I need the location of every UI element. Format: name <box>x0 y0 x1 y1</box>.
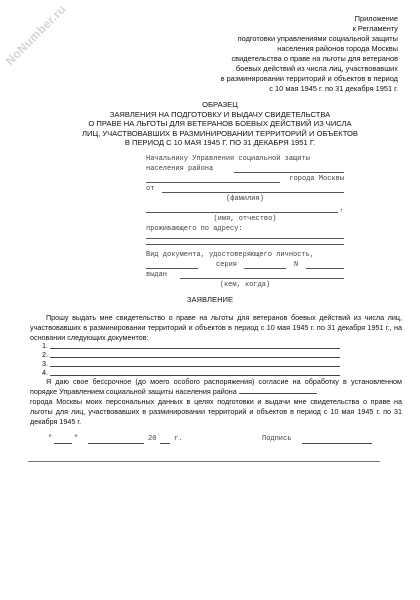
id-document-label: Вид документа, удостоверяющего личность, <box>146 250 344 260</box>
document-item: 4. <box>42 368 342 377</box>
address-field-2[interactable] <box>146 244 344 245</box>
address-block: Начальнику Управления социальной защиты … <box>146 154 344 290</box>
surname-caption: (фамилия) <box>146 194 344 204</box>
address-field-1[interactable] <box>146 238 344 239</box>
addressee-line-2: населения района <box>146 164 344 174</box>
issued-caption: (кем, когда) <box>146 280 344 290</box>
signature-field[interactable] <box>302 443 372 444</box>
appendix-note: Приложение к Регламенту подготовки управ… <box>221 14 398 94</box>
title-line: В ПЕРИОД С 10 МАЯ 1945 Г. ПО 31 ДЕКАБРЯ … <box>40 138 400 148</box>
id-document-type-field[interactable] <box>146 268 198 269</box>
document-title: ОБРАЗЕЦ ЗАЯВЛЕНИЯ НА ПОДГОТОВКУ И ВЫДАЧУ… <box>40 100 400 148</box>
name-caption: (имя, отчество) <box>146 214 344 224</box>
from-label: от <box>146 185 154 193</box>
consent-district-field[interactable] <box>239 387 317 394</box>
issued-field[interactable] <box>180 278 344 279</box>
document-field-2[interactable] <box>50 357 340 358</box>
watermark: NoNumber.ru <box>3 2 69 68</box>
bottom-divider <box>28 461 380 462</box>
title-line: ЗАЯВЛЕНИЯ НА ПОДГОТОВКУ И ВЫДАЧУ СВИДЕТЕ… <box>40 110 400 120</box>
district-field[interactable] <box>234 172 344 173</box>
consent-paragraph: Я даю свое бессрочное (до моего особого … <box>30 377 402 427</box>
addressee-line-1: Начальнику Управления социальной защиты <box>146 154 344 164</box>
surname-field[interactable] <box>162 192 344 193</box>
signature-label: Подпись <box>262 435 291 443</box>
appendix-line: свидетельства о праве на льготы для вете… <box>221 54 398 64</box>
title-line: ОБРАЗЕЦ <box>40 100 400 110</box>
title-line: О ПРАВЕ НА ЛЬГОТЫ ДЛЯ ВЕТЕРАНОВ БОЕВЫХ Д… <box>40 119 400 129</box>
appendix-line: Приложение <box>221 14 398 24</box>
title-line: ЛИЦ, УЧАСТВОВАВШИХ В РАЗМИНИРОВАНИИ ТЕРР… <box>40 129 400 139</box>
year-field[interactable] <box>160 443 170 444</box>
request-paragraph: Прошу выдать мне свидетельство о праве н… <box>30 313 402 343</box>
series-label: серия <box>216 260 237 270</box>
appendix-line: населения районов города Москвы <box>221 44 398 54</box>
residing-label: проживающего по адресу: <box>146 224 344 234</box>
appendix-line: боевых действий из числа лиц, участвовав… <box>221 64 398 74</box>
document-item: 3. <box>42 359 342 368</box>
signature-row: " " 20 г. Подпись <box>48 435 368 445</box>
document-item: 1. <box>42 341 342 350</box>
documents-list: 1. 2. 3. 4. <box>42 341 342 377</box>
appendix-line: подготовки управлениями социальной защит… <box>221 34 398 44</box>
issued-label: выдан <box>146 271 167 279</box>
series-field[interactable] <box>244 268 286 269</box>
document-field-3[interactable] <box>50 366 340 367</box>
document-field-4[interactable] <box>50 375 340 376</box>
district-field-cont[interactable] <box>146 182 280 183</box>
city-label: города Москвы <box>289 174 344 184</box>
document-item: 2. <box>42 350 342 359</box>
name-field[interactable] <box>146 212 338 213</box>
statement-heading: ЗАЯВЛЕНИЕ <box>0 295 420 304</box>
number-field[interactable] <box>306 268 344 269</box>
day-field[interactable] <box>54 443 72 444</box>
document-field-1[interactable] <box>50 348 340 349</box>
appendix-line: в разминировании территорий и объектов в… <box>221 74 398 84</box>
number-label: N <box>294 260 298 270</box>
month-field[interactable] <box>88 443 144 444</box>
appendix-line: к Регламенту <box>221 24 398 34</box>
appendix-line: с 10 мая 1945 г. по 31 декабря 1951 г. <box>221 84 398 94</box>
